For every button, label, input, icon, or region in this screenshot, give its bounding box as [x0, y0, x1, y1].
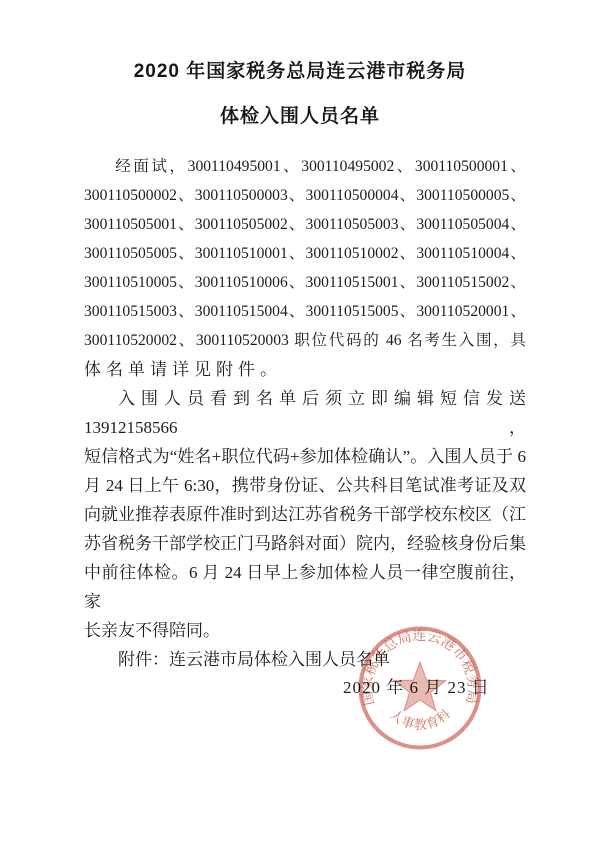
body-line: 体名单请详见附件。 — [84, 355, 526, 384]
body-line: 300110510005、300110510006、300110515001、3… — [84, 268, 526, 297]
date-line: 2020 年 6 月 23 日 — [343, 673, 490, 698]
seal-department-text: 人事教育科 — [387, 706, 454, 733]
document-page: 2020 年国家税务总局连云港市税务局 体检入围人员名单 经面试，3001104… — [0, 0, 600, 847]
body-line: 长亲友不得陪同。 — [84, 616, 526, 645]
body-line: 向就业推荐表原件准时到达江苏省税务干部学校东校区（江 — [84, 500, 526, 529]
body-line: 经面试，300110495001、300110495002、3001105000… — [84, 152, 526, 181]
document-title-line1: 2020 年国家税务总局连云港市税务局 — [0, 0, 600, 86]
body-line: 300110520002、300110520003 职位代码的 46 名考生入围… — [84, 326, 526, 355]
document-title-line2: 体检入围人员名单 — [0, 103, 600, 131]
attachment-line: 附件：连云港市局体检入围人员名单 — [84, 645, 526, 674]
body-line: 300110505001、300110505002、300110505003、3… — [84, 210, 526, 239]
body-line: 月 24 日上午 6:30，携带身份证、公共科目笔试准考证及双 — [84, 471, 526, 500]
body-line: 中前往体检。6 月 24 日早上参加体检人员一律空腹前往，家 — [84, 558, 526, 616]
body-line: 苏省税务干部学校正门马路斜对面）院内，经验核身份后集 — [84, 529, 526, 558]
document-body: 经面试，300110495001、300110495002、3001105000… — [84, 152, 526, 674]
body-line: 短信格式为“姓名+职位代码+参加体检确认”。入围人员于 6 — [84, 442, 526, 471]
body-line: 入围人员看到名单后须立即编辑短信发送 13912158566， — [84, 384, 526, 442]
body-line: 300110515003、300110515004、300110515005、3… — [84, 297, 526, 326]
body-line: 300110505005、300110510001、300110510002、3… — [84, 239, 526, 268]
body-line: 300110500002、300110500003、300110500004、3… — [84, 181, 526, 210]
